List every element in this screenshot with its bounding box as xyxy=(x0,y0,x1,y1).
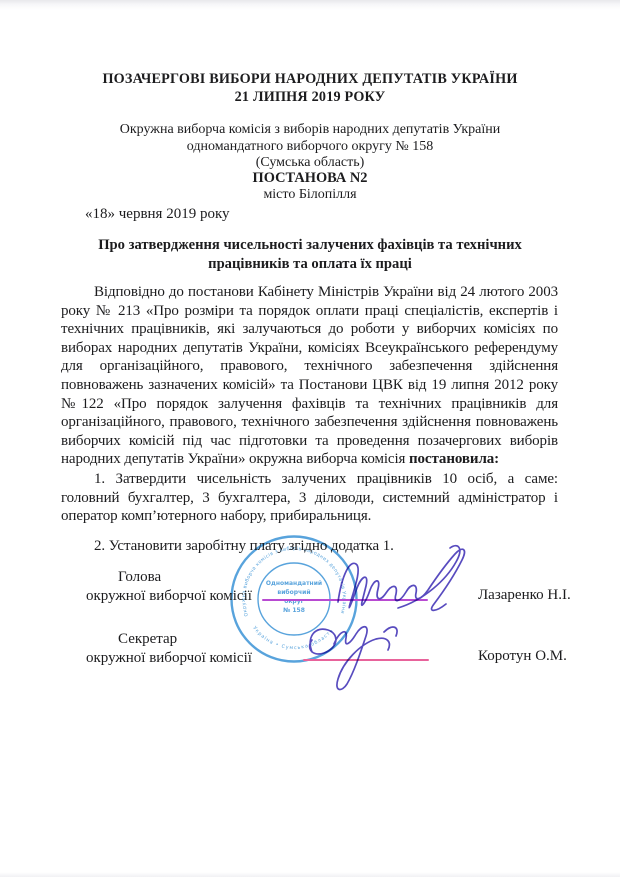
document-subject: Про затвердження чисельності залучених ф… xyxy=(0,236,620,274)
commission-name-line2: одномандатного виборчого округу № 158 xyxy=(0,139,620,155)
preamble-paragraph: Відповідно до постанови Кабінету Міністр… xyxy=(61,283,558,469)
document-city: місто Білопілля xyxy=(0,187,620,203)
signature-role-secretary: Секретар окружної виборчої комісії xyxy=(61,630,252,667)
chairman-name: Лазаренко Н.І. xyxy=(478,587,571,604)
scanned-document-page: ПОЗАЧЕРГОВІ ВИБОРИ НАРОДНИХ ДЕПУТАТІВ УК… xyxy=(0,0,620,877)
secretary-signature-ink xyxy=(310,627,397,690)
scan-edge-shadow-bottom xyxy=(0,872,620,877)
secretary-name: Коротун О.М. xyxy=(478,648,567,665)
preamble-text: Відповідно до постанови Кабінету Міністр… xyxy=(61,284,558,467)
election-title-line2: 21 ЛИПНЯ 2019 РОКУ xyxy=(0,89,620,106)
subject-line2: працівників та оплата їх праці xyxy=(0,255,620,274)
commission-region: (Сумська область) xyxy=(0,155,620,171)
chairman-role-line1: Голова xyxy=(118,568,252,587)
handwritten-signatures xyxy=(250,540,490,700)
document-type-number: ПОСТАНОВА N2 xyxy=(0,170,620,187)
resolution-item-1: 1. Затвердити чисельність залучених прац… xyxy=(61,470,558,526)
scan-edge-shadow-top xyxy=(0,0,620,10)
secretary-role-line1: Секретар xyxy=(118,630,252,649)
commission-name-line1: Окружна виборча комісія з виборів народн… xyxy=(0,122,620,138)
subject-line1: Про затвердження чисельності залучених ф… xyxy=(0,236,620,255)
election-title-line1: ПОЗАЧЕРГОВІ ВИБОРИ НАРОДНИХ ДЕПУТАТІВ УК… xyxy=(0,71,620,88)
preamble-resolved-word: постановила: xyxy=(409,451,499,467)
chairman-signature-ink xyxy=(338,549,464,610)
secretary-role-line2: окружної виборчої комісії xyxy=(86,649,252,668)
chairman-role-line2: окружної виборчої комісії xyxy=(86,587,252,606)
signature-role-chairman: Голова окружної виборчої комісії xyxy=(61,568,252,605)
chairman-signature-flourish xyxy=(398,546,460,608)
document-date: «18» червня 2019 року xyxy=(85,206,230,223)
